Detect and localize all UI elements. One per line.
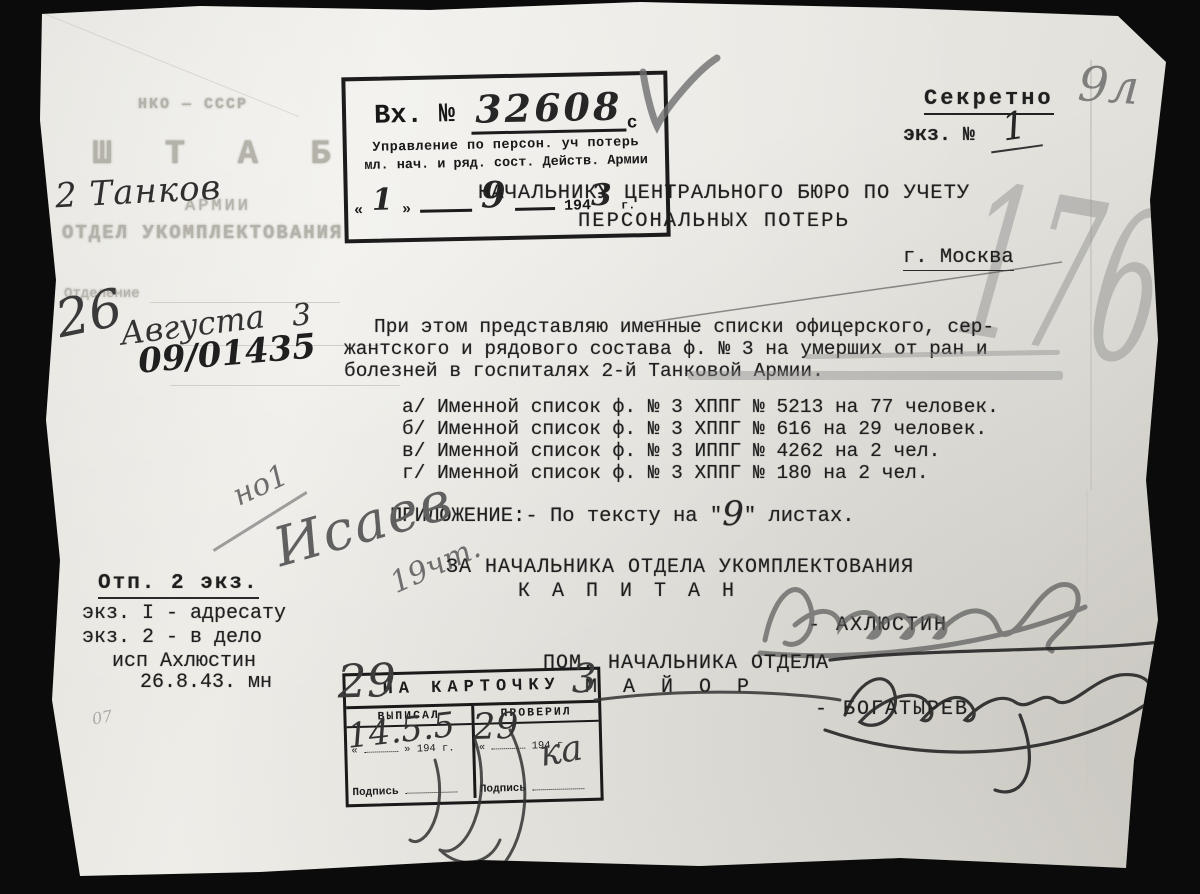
copies-line2: экз. I - адресату	[82, 602, 286, 625]
pencil-corner-mark: 07	[91, 706, 114, 728]
pencil-smear-2	[688, 371, 1063, 380]
paper-sheet: НКО — СССР Ш Т А Б АРМИИ ОТДЕЛ УКОМПЛЕКТ…	[0, 0, 1200, 894]
list-item: б/ Именной список ф. № 3 ХППГ № 616 на 2…	[402, 418, 987, 440]
attachment-text-after: листах.	[768, 505, 854, 528]
list-item: г/ Именной список ф. № 3 ХППГ № 180 на 2…	[402, 462, 929, 484]
document-scan: НКО — СССР Ш Т А Б АРМИИ ОТДЕЛ УКОМПЛЕКТ…	[0, 0, 1200, 894]
card-stamp-flourish	[380, 700, 620, 885]
copies-date: 26.8.43. мн	[140, 671, 272, 694]
signature2-autograph	[790, 620, 1180, 810]
card-hw-title-right: 3	[571, 656, 598, 703]
attachment-quote-open: "	[710, 505, 722, 528]
attachment-sheets-count: 9	[722, 494, 744, 534]
copies-line3: экз. 2 - в дело	[82, 626, 262, 649]
body-line1: При этом представляю именные списки офиц…	[374, 316, 994, 338]
signature2-rank: М А Й О Р	[585, 676, 756, 699]
attachment-line: ПРИЛОЖЕНИЕ:- По тексту на "9" листах.	[390, 490, 855, 530]
attachment-quote-close: "	[744, 505, 756, 528]
copies-header: Отп. 2 экз.	[98, 572, 259, 599]
list-item: в/ Именной список ф. № 3 ИППГ № 4262 на …	[402, 440, 940, 462]
list-item: а/ Именной список ф. № 3 ХППГ № 5213 на …	[402, 396, 999, 418]
signature1-rank: К А П И Т А Н	[518, 580, 739, 603]
copies-executor: исп Ахлюстин	[112, 650, 256, 673]
attachment-text-before: По тексту на	[550, 505, 698, 528]
